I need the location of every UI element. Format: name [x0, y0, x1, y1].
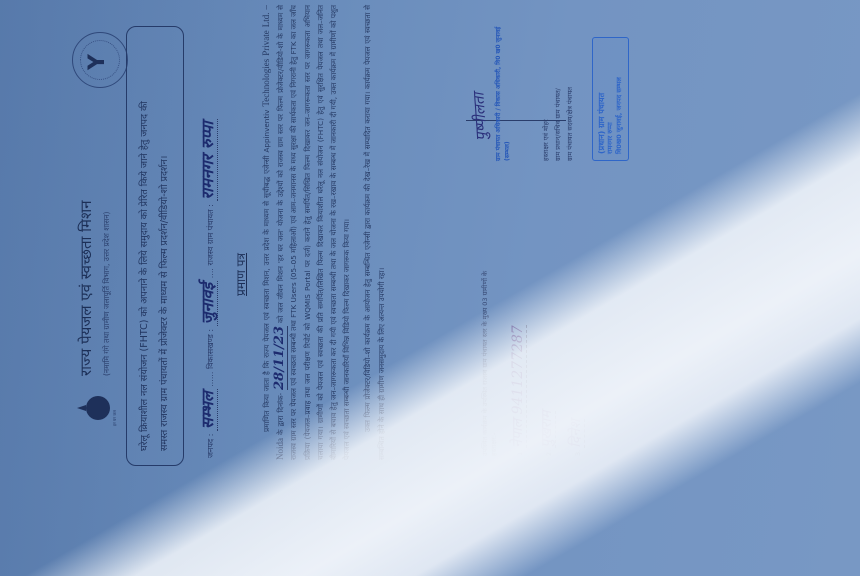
up-government-seal-icon: Y	[72, 32, 128, 88]
witness-3: दिनेश	[568, 419, 585, 447]
event-date: 28/11/23	[272, 326, 288, 390]
body-paragraph-1: प्रमाणित किया जाता है कि राज्य पेयजल एवं…	[260, 5, 353, 460]
witness-row: 2. पुखराम	[537, 256, 556, 456]
notice-line-2: समस्त राजस्व ग्राम पंचायतों में प्रोजेक्…	[155, 41, 175, 451]
location-line: जनपद : सम्भल ...... विकासखण्ड : जुनावई .…	[196, 0, 218, 458]
officer-stamp: ग्राम पंचायत अधिकारी / विकास अधिकारी, वि…	[494, 21, 512, 161]
notice-box: घरेलू क्रियाशील नल संयोजन (FHTC) को अपना…	[126, 26, 184, 466]
header-title-block: राज्य पेयजल एवं स्वच्छता मिशन (नमामि गंग…	[76, 146, 112, 376]
mission-subtitle: (नमामि गंगे तथा ग्रामीण जलापूर्ति विभाग,…	[102, 146, 112, 376]
logo-caption: हर घर जल	[112, 396, 117, 426]
witness-row: 3. दिनेश	[566, 256, 585, 456]
body-paragraph-2: उक्त फिल्म प्रोजेक्टर/विडियो–शो कार्यक्र…	[361, 5, 387, 460]
certificate-page: हर घर जल राज्य पेयजल एवं स्वच्छता मिशन (…	[0, 0, 860, 576]
certificate-title: प्रमाण पत्र	[232, 253, 249, 296]
witness-2: पुखराम	[539, 411, 556, 448]
mission-title: राज्य पेयजल एवं स्वच्छता मिशन	[76, 146, 96, 376]
panchayat-label: राजस्व ग्राम पंचायत :	[206, 204, 215, 265]
handwritten-signature: पुष्पीलता	[468, 92, 491, 142]
district-label: जनपद :	[206, 434, 215, 458]
signatory-section: पुष्पीलता ग्राम पंचायत अधिकारी / विकास अ…	[470, 21, 629, 161]
witness-intro: उपस्थित कार्यक्रम के उपस्थित राजस्व ग्रा…	[480, 256, 498, 456]
certificate-body: प्रमाणित किया जाता है कि राज्य पेयजल एवं…	[260, 5, 396, 460]
witness-row: 1. नेपाल 9411277287	[508, 256, 527, 456]
block-value: जुनावई	[198, 281, 218, 327]
panchayat-value: रामनगर रुप्पा	[198, 120, 218, 202]
witness-section: उपस्थित कार्यक्रम के उपस्थित राजस्व ग्रा…	[480, 256, 585, 456]
witness-1: नेपाल 9411277287	[510, 325, 527, 447]
signature-label: हस्ताक्षर एवं मोहर ग्राम प्रधान/सचिव ग्र…	[540, 21, 576, 161]
pradhan-stamp: (प्रधान) ग्राम पंचायत रामनगर रुप्पा वि0ख…	[592, 37, 629, 161]
district-value: सम्भल	[198, 389, 218, 431]
notice-line-1: घरेलू क्रियाशील नल संयोजन (FHTC) को अपना…	[135, 41, 155, 451]
block-label: विकासखण्ड :	[206, 329, 215, 369]
water-drop-logo-icon: हर घर जल	[78, 390, 114, 426]
